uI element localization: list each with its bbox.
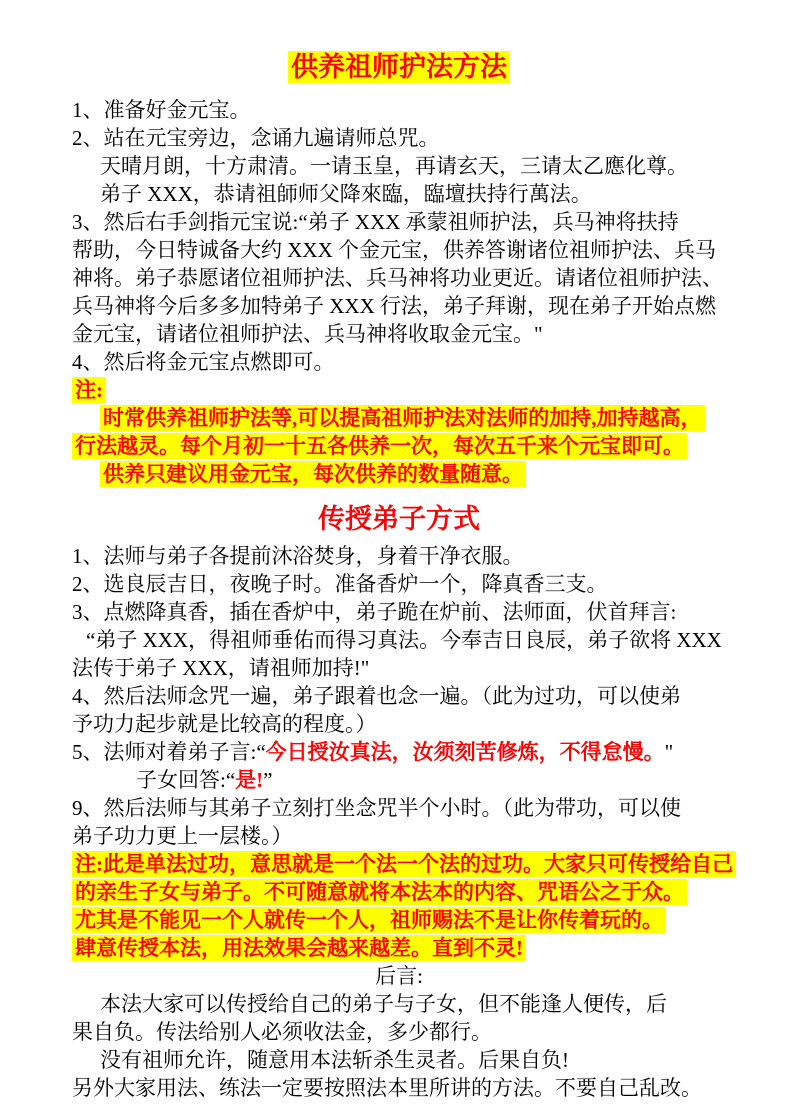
line-prefix: 子女回答:“ xyxy=(136,768,235,792)
emphasis-red-text: 是! xyxy=(235,768,263,792)
text-line: 本法大家可以传授给自己的弟子与子女，但不能逢人便传，后 xyxy=(72,990,726,1018)
text-line: 天晴月朗，十方肃清。一请玉皇，再请玄天，三请太乙應化尊。 xyxy=(72,152,726,180)
highlighted-note-line: 时常供养祖师护法等,可以提高祖师护法对法师的加持,加持越高， xyxy=(72,404,726,432)
text-line: 神将。弟子恭愿诸位祖师护法、兵马神将功业更近。请诸位祖师护法、 xyxy=(72,264,726,292)
text-line: 4、然后法师念咒一遍，弟子跟着也念一遍。（此为过功，可以使弟 xyxy=(72,682,726,710)
text-line: 弟子 XXX，恭请祖師师父降來臨，臨壇扶持行萬法。 xyxy=(72,180,726,208)
text-line: 没有祖师允许，随意用本法斩杀生灵者。后果自负! xyxy=(72,1046,726,1074)
text-line: 弟子功力更上一层楼。） xyxy=(72,822,726,850)
line-suffix: ” xyxy=(263,768,272,792)
section1-title: 供养祖师护法方法 xyxy=(72,50,726,84)
text-line: 4、然后将金元宝点燃即可。 xyxy=(72,348,726,376)
text-line: 1、法师与弟子各提前沐浴焚身，身着干净衣服。 xyxy=(72,542,726,570)
highlighted-note-line: 注: xyxy=(72,376,726,404)
highlighted-note-line: 尤其是不能见一个人就传一个人，祖师赐法不是让你传着玩的。 xyxy=(72,906,726,934)
text-line: 3、然后右手剑指元宝说:“弟子 XXX 承蒙祖师护法，兵马神将扶持 xyxy=(72,208,726,236)
text-line: 果自负。传法给别人必须收法金，多少都行。 xyxy=(72,1018,726,1046)
text-line: 金元宝，请诸位祖师护法、兵马神将收取金元宝。" xyxy=(72,320,726,348)
text-line: “弟子 XXX，得祖师垂佑而得习真法。今奉吉日良辰，弟子欲将 XXX xyxy=(72,626,726,654)
text-line: 兵马神将今后多多加特弟子 XXX 行法，弟子拜谢，现在弟子开始点燃 xyxy=(72,292,726,320)
text-line: 3、点燃降真香，插在香炉中，弟子跪在炉前、法师面，伏首拜言: xyxy=(72,598,726,626)
emphasis-red-text: 今日授汝真法，汝须刻苦修炼，不得怠慢。 xyxy=(266,740,665,764)
line-prefix: 5、法师对着弟子言:“ xyxy=(72,740,266,764)
text-line: 予功力起步就是比较高的程度。） xyxy=(72,710,726,738)
text-line: 法传于弟子 XXX，请祖师加持!" xyxy=(72,654,726,682)
section-divider-space xyxy=(72,488,726,502)
document-page: 供养祖师护法方法 1、准备好金元宝。 2、站在元宝旁边，念诵九遍请师总咒。 天晴… xyxy=(0,0,796,1119)
highlighted-note-line: 供养只建议用金元宝，每次供养的数量随意。 xyxy=(72,460,726,488)
text-line: 9、然后法师与其弟子立刻打坐念咒半个小时。（此为带功，可以使 xyxy=(72,794,726,822)
section1-title-text: 供养祖师护法方法 xyxy=(288,51,510,83)
text-line: 5、法师对着弟子言:“今日授汝真法，汝须刻苦修炼，不得怠慢。" xyxy=(72,738,726,766)
text-line: 子女回答:“是!” xyxy=(72,766,726,794)
highlighted-note-line: 行法越灵。每个月初一十五各供养一次，每次五千来个元宝即可。 xyxy=(72,432,726,460)
postscript-heading: 后言: xyxy=(72,962,726,990)
text-line: 另外大家用法、练法一定要按照法本里所讲的方法。不要自己乱改。 xyxy=(72,1074,726,1102)
highlighted-note-line: 注:此是单法过功，意思就是一个法一个法的过功。大家只可传授给自己 xyxy=(72,850,726,878)
text-line: 帮助，今日特诚备大约 XXX 个金元宝，供养答谢诸位祖师护法、兵马 xyxy=(72,236,726,264)
highlighted-note-line: 肆意传授本法，用法效果会越来越差。直到不灵! xyxy=(72,934,726,962)
section2-title: 传授弟子方式 xyxy=(72,502,726,536)
text-line: 2、选良辰吉日，夜晚子时。准备香炉一个，降真香三支。 xyxy=(72,570,726,598)
line-suffix: " xyxy=(665,740,674,764)
highlighted-note-line: 的亲生子女与弟子。不可随意就将本法本的内容、咒语公之于众。 xyxy=(72,878,726,906)
note-label: 注: xyxy=(72,377,106,403)
text-line: 2、站在元宝旁边，念诵九遍请师总咒。 xyxy=(72,124,726,152)
text-line: 1、准备好金元宝。 xyxy=(72,96,726,124)
